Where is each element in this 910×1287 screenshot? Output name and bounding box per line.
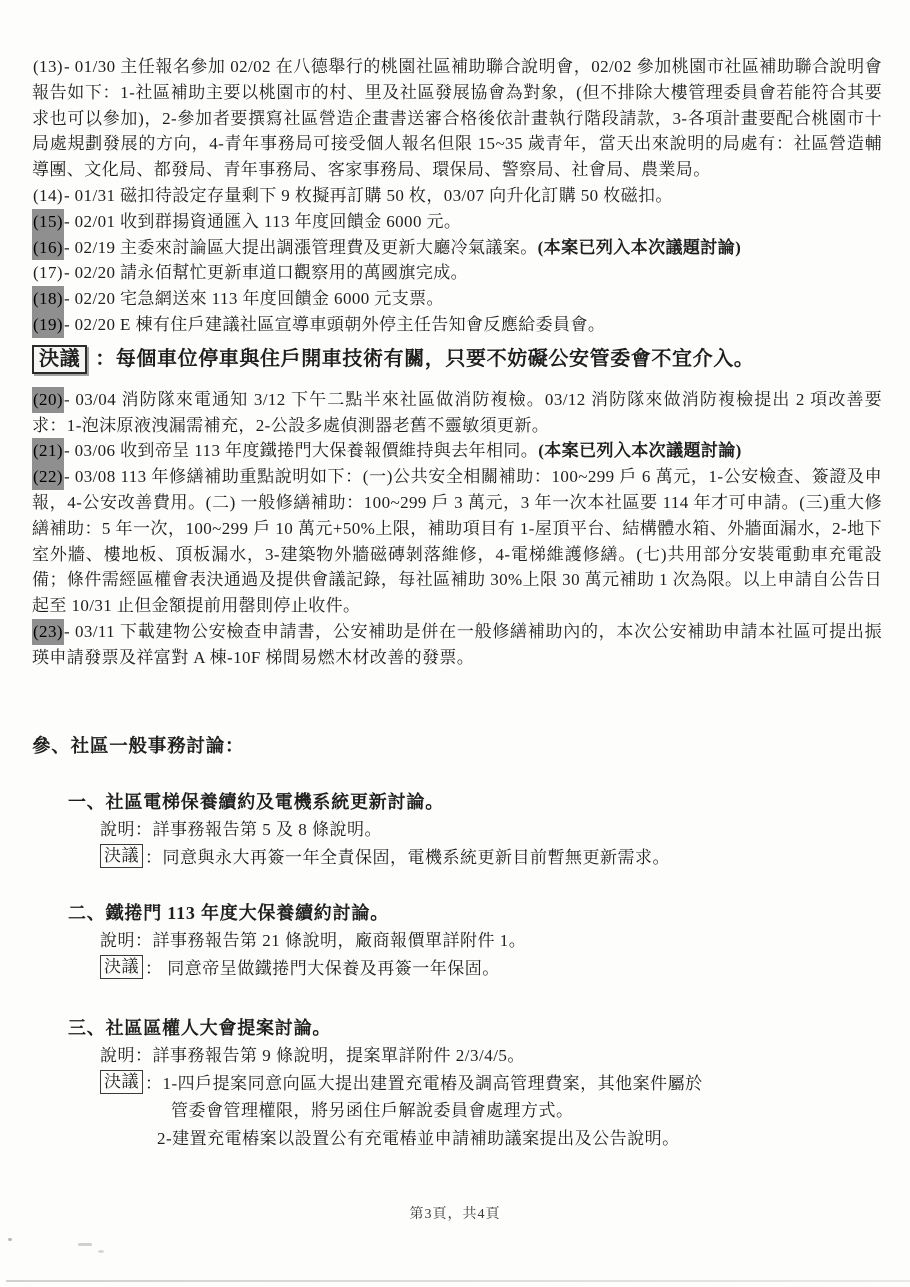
resolve-line-1: ：1-四戶提案同意向區大提出建置充電樁及調高管理費案，其他案件屬於 xyxy=(145,1074,703,1093)
item-number-highlighted: (21) xyxy=(32,438,64,464)
resolve-text: ： 同意帝呈做鐵捲門大保養及再簽一年保固。 xyxy=(145,955,882,983)
item-number-highlighted: (22) xyxy=(32,464,64,490)
item-text: - 02/20 E 棟有住戶建議社區宣導車頭朝外停主任告知會反應給委員會。 xyxy=(64,315,605,334)
item-number-highlighted: (16) xyxy=(32,235,64,261)
topic-2-explain: 說明：詳事務報告第 21 條說明，廠商報價單詳附件 1。 xyxy=(100,927,882,955)
resolution-text: ：每個車位停車與住戶開車技術有關，只要不妨礙公安管委會不宜介入。 xyxy=(95,348,754,370)
topic-3-explain: 說明：詳事務報告第 9 條說明，提案單詳附件 2/3/4/5。 xyxy=(100,1042,882,1070)
item-text: - 03/11 下載建物公安檢查申請書，公安補助是併在一般修繕補助內的，本次公安… xyxy=(32,622,882,667)
topic-title: 一、社區電梯保養續約及電機系統更新討論。 xyxy=(68,788,882,814)
item-number-highlighted: (15) xyxy=(32,209,64,235)
resolve-box-label: 決議 xyxy=(100,844,143,869)
report-item-20: (20)- 03/04 消防隊來電通知 3/12 下午二點半來社區做消防複檢。0… xyxy=(32,387,882,439)
topic-3-owners-meeting: 三、社區區權人大會提案討論。 說明：詳事務報告第 9 條說明，提案單詳附件 2/… xyxy=(68,1014,882,1152)
item-text: - 02/01 收到群揚資通匯入 113 年度回饋金 6000 元。 xyxy=(64,212,461,231)
item-number: (17) xyxy=(32,260,64,286)
item-number: (13) xyxy=(32,54,64,80)
resolve-box-label: 決議 xyxy=(100,1070,143,1095)
item-text: - 02/20 請永佰幫忙更新車道口觀察用的萬國旗完成。 xyxy=(64,263,468,282)
resolve-line-3: 2-建置充電樁案以設置公有充電樁並申請補助議案提出及公告說明。 xyxy=(145,1125,882,1153)
section-title: 參、社區一般事務討論： xyxy=(32,732,882,758)
topic-2-rolling-door: 二、鐵捲門 113 年度大保養續約討論。 說明：詳事務報告第 21 條說明，廠商… xyxy=(68,899,882,982)
report-item-14: (14)- 01/31 磁扣待設定存量剩下 9 枚擬再訂購 50 枚，03/07… xyxy=(32,183,882,209)
resolve-box-label: 決議 xyxy=(100,955,143,980)
item-text: - 02/20 宅急網送來 113 年度回饋金 6000 元支票。 xyxy=(64,289,444,308)
report-item-18: (18)- 02/20 宅急網送來 113 年度回饋金 6000 元支票。 xyxy=(32,286,882,312)
item-text: - 03/08 113 年修繕補助重點說明如下：(一)公共安全相關補助：100~… xyxy=(32,467,882,615)
scan-artifact xyxy=(78,1243,92,1246)
topic-title: 三、社區區權人大會提案討論。 xyxy=(68,1014,882,1040)
scan-edge-line xyxy=(6,1280,910,1282)
topic-3-resolve: 決議 ：1-四戶提案同意向區大提出建置充電樁及調高管理費案，其他案件屬於 管委會… xyxy=(100,1070,882,1153)
item-bold-note: (本案已列入本次議題討論) xyxy=(538,238,742,257)
item-text: - 01/31 磁扣待設定存量剩下 9 枚擬再訂購 50 枚，03/07 向升化… xyxy=(64,186,673,205)
report-item-22: (22)- 03/08 113 年修繕補助重點說明如下：(一)公共安全相關補助：… xyxy=(32,464,882,619)
topic-1-explain: 說明：詳事務報告第 5 及 8 條說明。 xyxy=(100,816,882,844)
resolve-text: ：同意與永大再簽一年全責保固，電機系統更新目前暫無更新需求。 xyxy=(145,844,882,872)
scan-artifact xyxy=(98,1250,104,1253)
report-item-17: (17)- 02/20 請永佰幫忙更新車道口觀察用的萬國旗完成。 xyxy=(32,260,882,286)
item-number-highlighted: (19) xyxy=(32,312,64,338)
item-text: - 03/06 收到帝呈 113 年度鐵捲門大保養報價維持與去年相同。 xyxy=(64,441,538,460)
page-footer: 第3頁，共4頁 xyxy=(0,1203,910,1223)
resolution-box-label: 決議 xyxy=(32,345,87,374)
item-text: - 02/19 主委來討論區大提出調漲管理費及更新大廳冷氣議案。 xyxy=(64,238,538,257)
explain-text: ：詳事務報告第 9 條說明，提案單詳附件 2/3/4/5。 xyxy=(135,1042,882,1070)
report-item-21: (21)- 03/06 收到帝呈 113 年度鐵捲門大保養報價維持與去年相同。(… xyxy=(32,438,882,464)
resolution-line-parking: 決議：每個車位停車與住戶開車技術有關，只要不妨礙公安管委會不宜介入。 xyxy=(32,343,882,375)
item-number-highlighted: (23) xyxy=(32,619,64,645)
report-item-15: (15)- 02/01 收到群揚資通匯入 113 年度回饋金 6000 元。 xyxy=(32,209,882,235)
report-item-23: (23)- 03/11 下載建物公安檢查申請書，公安補助是併在一般修繕補助內的，… xyxy=(32,619,882,671)
explain-text: ：詳事務報告第 21 條說明，廠商報價單詳附件 1。 xyxy=(135,927,882,955)
resolve-text-block: ：1-四戶提案同意向區大提出建置充電樁及調高管理費案，其他案件屬於 管委會管理權… xyxy=(145,1070,882,1153)
topic-2-resolve: 決議： 同意帝呈做鐵捲門大保養及再簽一年保固。 xyxy=(100,955,882,983)
topic-1-resolve: 決議：同意與永大再簽一年全責保固，電機系統更新目前暫無更新需求。 xyxy=(100,844,882,872)
report-item-13: (13)- 01/30 主任報名參加 02/02 在八德舉行的桃園社區補助聯合說… xyxy=(32,54,882,183)
item-number-highlighted: (20) xyxy=(32,387,64,413)
resolve-line-2: 管委會管理權限，將另函住戶解說委員會處理方式。 xyxy=(145,1097,882,1125)
report-item-16: (16)- 02/19 主委來討論區大提出調漲管理費及更新大廳冷氣議案。(本案已… xyxy=(32,235,882,261)
scan-artifact xyxy=(8,1238,12,1241)
explain-label: 說明 xyxy=(100,1042,135,1070)
report-item-19: (19)- 02/20 E 棟有住戶建議社區宣導車頭朝外停主任告知會反應給委員會… xyxy=(32,312,882,338)
item-number-highlighted: (18) xyxy=(32,286,64,312)
general-affairs-section: 參、社區一般事務討論： 一、社區電梯保養續約及電機系統更新討論。 說明：詳事務報… xyxy=(32,732,882,1152)
explain-text: ：詳事務報告第 5 及 8 條說明。 xyxy=(135,816,882,844)
item-number: (14) xyxy=(32,183,64,209)
item-text: - 03/04 消防隊來電通知 3/12 下午二點半來社區做消防複檢。03/12… xyxy=(32,390,882,435)
explain-label: 說明 xyxy=(100,927,135,955)
affairs-report-list: (13)- 01/30 主任報名參加 02/02 在八德舉行的桃園社區補助聯合說… xyxy=(32,54,882,671)
explain-label: 說明 xyxy=(100,816,135,844)
item-text: - 01/30 主任報名參加 02/02 在八德舉行的桃園社區補助聯合說明會，0… xyxy=(32,57,882,179)
topic-1-elevator: 一、社區電梯保養續約及電機系統更新討論。 說明：詳事務報告第 5 及 8 條說明… xyxy=(68,788,882,871)
topic-title: 二、鐵捲門 113 年度大保養續約討論。 xyxy=(68,899,882,925)
document-page: (13)- 01/30 主任報名參加 02/02 在八德舉行的桃園社區補助聯合說… xyxy=(0,0,910,1287)
item-bold-note: (本案已列入本次議題討論) xyxy=(538,441,742,460)
scan-artifact xyxy=(88,124,91,127)
